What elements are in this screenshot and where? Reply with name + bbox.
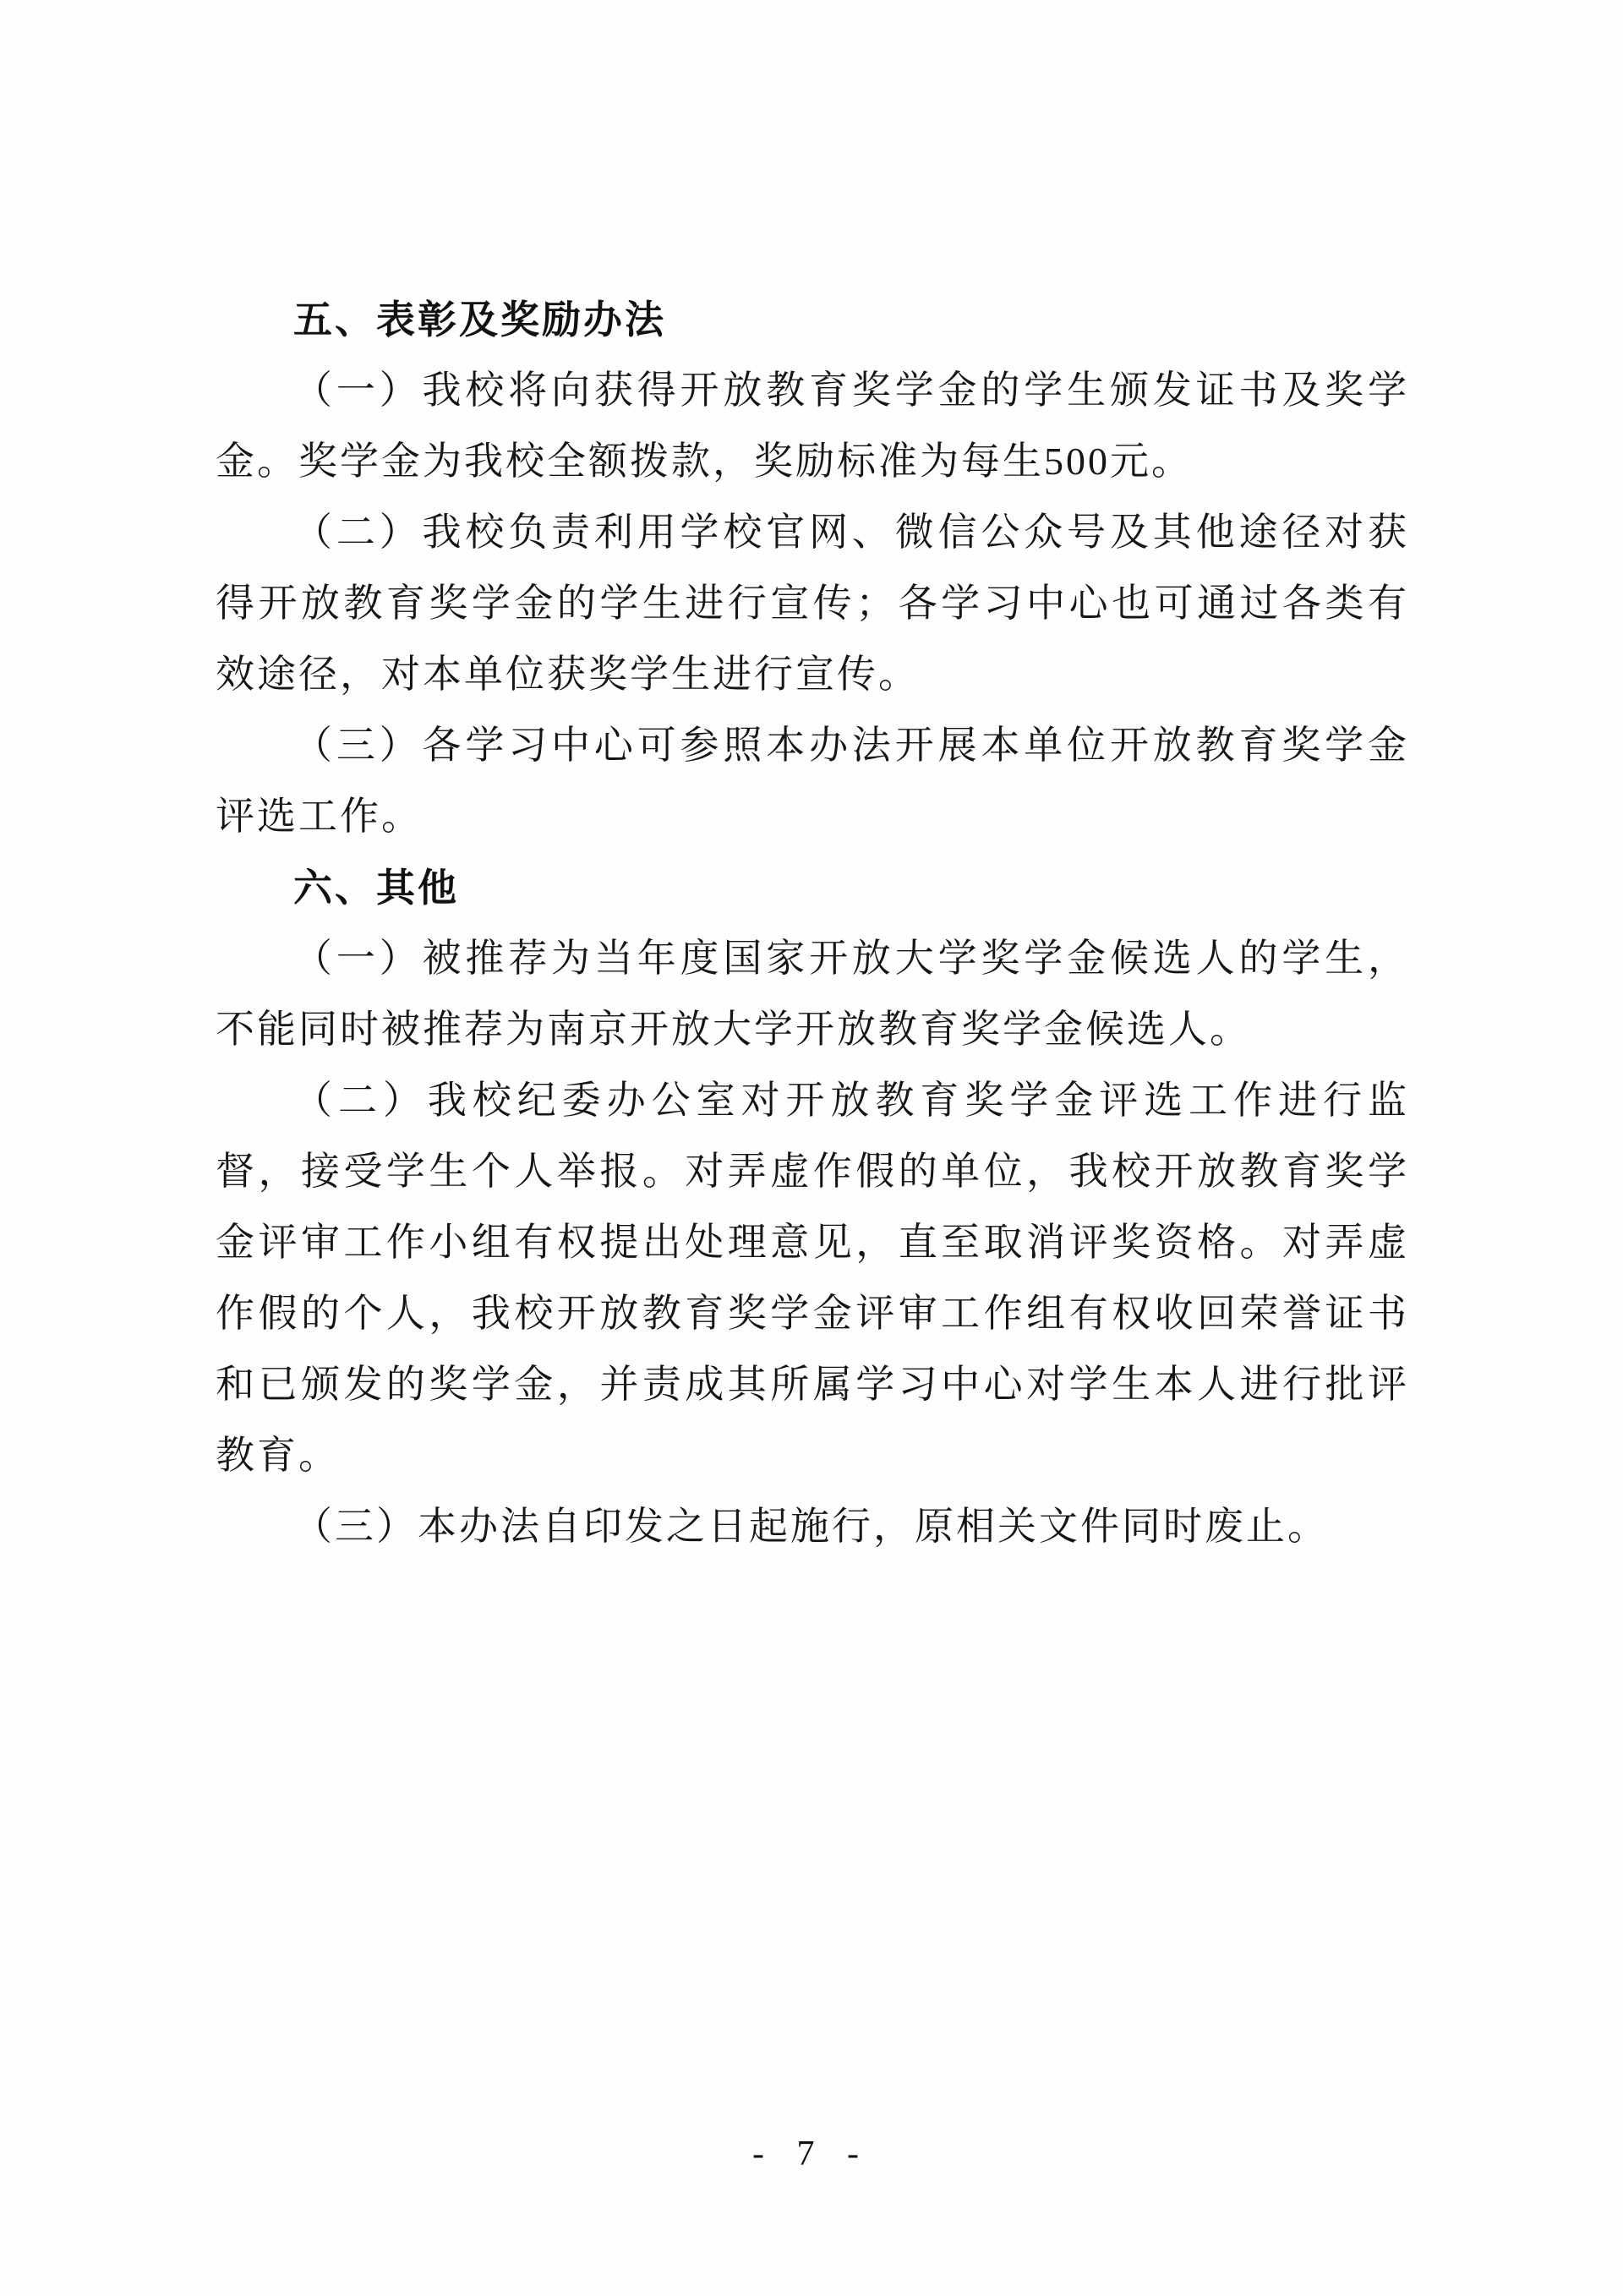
page-number: - 7 - bbox=[0, 2118, 1623, 2189]
paragraph-section5-item1: （一）我校将向获得开放教育奖学金的学生颁发证书及奖学金。奖学金为我校全额拨款，奖… bbox=[216, 355, 1409, 497]
paragraph-section5-item3: （三）各学习中心可参照本办法开展本单位开放教育奖学金评选工作。 bbox=[216, 710, 1409, 852]
paragraph-section6-item1: （一）被推荐为当年度国家开放大学奖学金候选人的学生，不能同时被推荐为南京开放大学… bbox=[216, 923, 1409, 1065]
document-body: 五、表彰及奖励办法 （一）我校将向获得开放教育奖学金的学生颁发证书及奖学金。奖学… bbox=[216, 284, 1409, 1562]
paragraph-section6-item2: （二）我校纪委办公室对开放教育奖学金评选工作进行监督，接受学生个人举报。对弄虚作… bbox=[216, 1065, 1409, 1491]
paragraph-section5-item2: （二）我校负责利用学校官网、微信公众号及其他途径对获得开放教育奖学金的学生进行宣… bbox=[216, 497, 1409, 710]
section-heading-others: 六、其他 bbox=[216, 852, 1409, 923]
paragraph-section6-item3: （三）本办法自印发之日起施行，原相关文件同时废止。 bbox=[216, 1491, 1409, 1562]
section-heading-commendation-and-reward-measures: 五、表彰及奖励办法 bbox=[216, 284, 1409, 355]
document-page: 五、表彰及奖励办法 （一）我校将向获得开放教育奖学金的学生颁发证书及奖学金。奖学… bbox=[0, 0, 1623, 2296]
